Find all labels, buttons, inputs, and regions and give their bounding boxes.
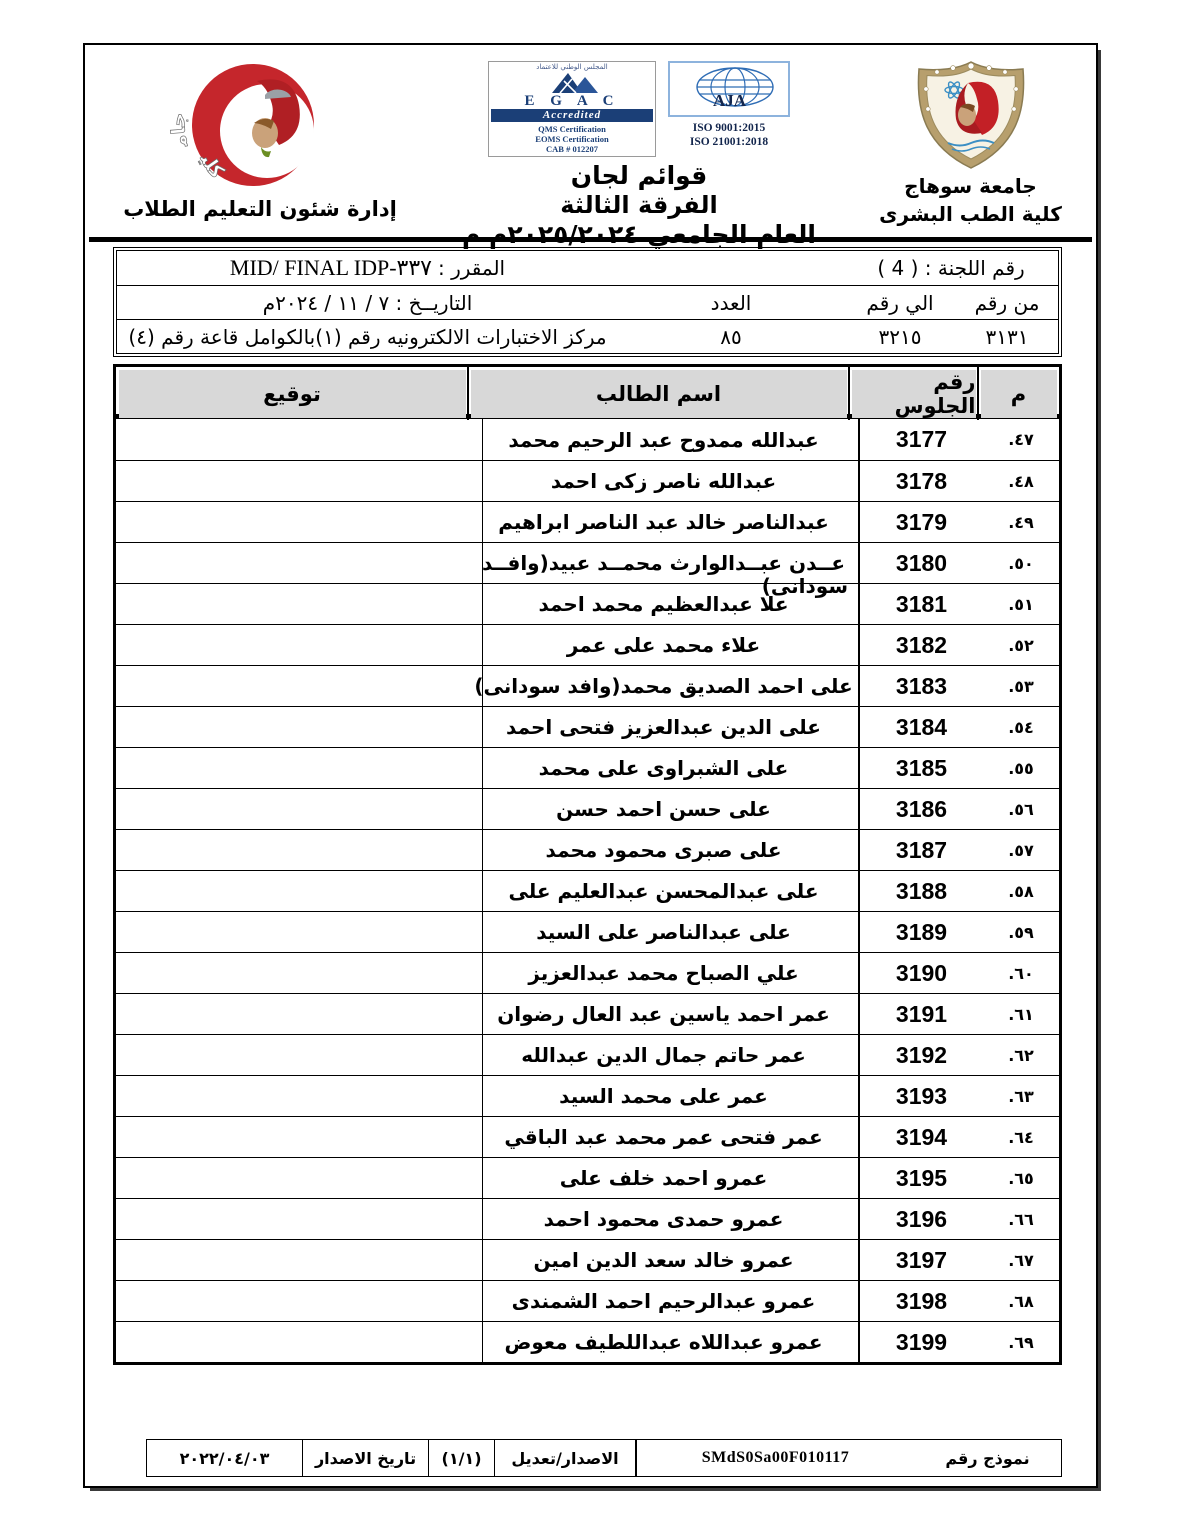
title-academic-year: العام الجامعي ٢٠٢٥/٢٠٢٤م م: [462, 220, 816, 250]
aja-logo: AJA ISO 9001:2015 ISO 21001:2018: [668, 61, 790, 149]
student-name: عمرو حمدى محمود احمد: [483, 1199, 859, 1239]
row-index: ٦٤.: [983, 1117, 1059, 1157]
page-header: جامعة سوهاج كلية الطب البشرى المجلس الوط…: [85, 57, 1096, 235]
student-name: على عبدالمحسن عبدالعليم على: [483, 871, 859, 911]
signature-cell: [116, 707, 483, 747]
table-row: ٥٣.3183على احمد الصديق محمد(وافد سودانى): [116, 665, 1059, 706]
row-index: ٥٥.: [983, 748, 1059, 788]
table-row: ٥٨.3188على عبدالمحسن عبدالعليم على: [116, 870, 1059, 911]
table-row: ٦١.3191عمر احمد ياسين عبد العال رضوان: [116, 993, 1059, 1034]
row-index: ٤٧.: [983, 419, 1059, 460]
accreditation-badges: المجلس الوطني للاعتماد E G A C Accredite…: [488, 61, 790, 157]
egac-logo: المجلس الوطني للاعتماد E G A C Accredite…: [488, 61, 656, 157]
seat-number: 3192: [859, 1035, 983, 1075]
student-name: عمر حاتم جمال الدين عبدالله: [483, 1035, 859, 1075]
student-name: على الدين عبدالعزيز فتحى احمد: [483, 707, 859, 747]
seat-number: 3197: [859, 1240, 983, 1280]
aja-name: AJA: [713, 91, 747, 110]
row-index: ٦٢.: [983, 1035, 1059, 1075]
seat-number: 3179: [859, 502, 983, 542]
signature-cell: [116, 584, 483, 624]
row-index: ٦٠.: [983, 953, 1059, 993]
table-row: ٦٣.3193عمر على محمد السيد: [116, 1075, 1059, 1116]
aja-iso-text: ISO 9001:2015 ISO 21001:2018: [690, 121, 768, 149]
university-shield-logo: [910, 59, 1032, 171]
row-index: ٥٢.: [983, 625, 1059, 665]
seat-number: 3191: [859, 994, 983, 1034]
signature-cell: [116, 1199, 483, 1239]
seat-number: 3194: [859, 1117, 983, 1157]
from-value: ٣١٣١: [956, 319, 1058, 353]
row-index: ٥٩.: [983, 912, 1059, 952]
seat-number: 3183: [859, 666, 983, 706]
signature-cell: [116, 994, 483, 1034]
table-row: ٦٢.3192عمر حاتم جمال الدين عبدالله: [116, 1034, 1059, 1075]
header-name: اسم الطالب: [471, 370, 847, 418]
signature-cell: [116, 1240, 483, 1280]
issue-label: الاصدار/تعديل: [495, 1440, 636, 1476]
table-header-row: م رقم الجلوس اسم الطالب توقيع: [116, 367, 1059, 419]
to-label: الي رقم: [844, 285, 956, 319]
table-row: ٦٥.3195عمرو احمد خلف على: [116, 1157, 1059, 1198]
row-index: ٦٩.: [983, 1322, 1059, 1362]
signature-cell: [116, 912, 483, 952]
students-table: م رقم الجلوس اسم الطالب توقيع ٤٧.3177عبد…: [113, 364, 1062, 1365]
seat-number: 3181: [859, 584, 983, 624]
table-row: ٥٩.3189على عبدالناصر على السيد: [116, 911, 1059, 952]
seat-number: 3193: [859, 1076, 983, 1116]
title-block: المجلس الوطني للاعتماد E G A C Accredite…: [425, 59, 853, 250]
row-index: ٥٤.: [983, 707, 1059, 747]
seat-number: 3198: [859, 1281, 983, 1321]
signature-cell: [116, 419, 483, 460]
seat-number: 3178: [859, 461, 983, 501]
table-row: ٥٤.3184على الدين عبدالعزيز فتحى احمد: [116, 706, 1059, 747]
department-name: إدارة شئون التعليم الطلاب: [123, 197, 397, 221]
signature-cell: [116, 830, 483, 870]
department-block: جامعة سوهاج كلية الطب إدارة شئون التعليم…: [95, 59, 425, 250]
header-seat: رقم الجلوس: [852, 370, 976, 418]
seat-number: 3186: [859, 789, 983, 829]
form-number-label: نموذج رقم: [914, 1440, 1061, 1476]
student-name: عمر احمد ياسين عبد العال رضوان: [483, 994, 859, 1034]
student-rows: ٤٧.3177عبدالله ممدوح عبد الرحيم محمد٤٨.3…: [116, 419, 1059, 1362]
egac-name: E G A C: [491, 94, 653, 109]
student-name: عمرو احمد خلف على: [483, 1158, 859, 1198]
row-index: ٦٣.: [983, 1076, 1059, 1116]
table-row: ٦٤.3194عمر فتحى عمر محمد عبد الباقي: [116, 1116, 1059, 1157]
course-label: المقرر :: [438, 256, 505, 280]
student-name: عبدالله ناصر زكى احمد: [483, 461, 859, 501]
title-committees: قوائم لجان: [462, 161, 816, 191]
seat-number: 3189: [859, 912, 983, 952]
committee-info-table: رقم اللجنة : ( 4 ) المقرر : MID/ FINAL I…: [113, 247, 1062, 357]
table-row: ٦٦.3196عمرو حمدى محمود احمد: [116, 1198, 1059, 1239]
seat-number: 3195: [859, 1158, 983, 1198]
signature-cell: [116, 666, 483, 706]
table-row: ٦٠.3190علي الصباح محمد عبدالعزيز: [116, 952, 1059, 993]
table-row: ٤٧.3177عبدالله ممدوح عبد الرحيم محمد: [116, 419, 1059, 460]
count-label: العدد: [618, 285, 844, 319]
seat-number: 3190: [859, 953, 983, 993]
row-index: ٤٩.: [983, 502, 1059, 542]
seat-number: 3180: [859, 543, 983, 583]
page-frame: جامعة سوهاج كلية الطب البشرى المجلس الوط…: [83, 43, 1098, 1488]
student-name: عمرو عبدالرحيم احمد الشمندى: [483, 1281, 859, 1321]
egac-accredited-band: Accredited: [491, 109, 653, 122]
row-index: ٥٦.: [983, 789, 1059, 829]
student-name: على احمد الصديق محمد(وافد سودانى): [483, 666, 859, 706]
seat-number: 3184: [859, 707, 983, 747]
issue-value: (١/١): [429, 1440, 495, 1476]
table-row: ٥٠.3180عــدن عبــدالوارث محمــد عبيد(واف…: [116, 542, 1059, 583]
signature-cell: [116, 789, 483, 829]
seat-number: 3182: [859, 625, 983, 665]
table-row: ٦٩.3199عمرو عبداللاه عبداللطيف معوض: [116, 1321, 1059, 1362]
signature-cell: [116, 953, 483, 993]
faculty-name: كلية الطب البشرى: [879, 201, 1062, 227]
student-name: عمرو عبداللاه عبداللطيف معوض: [483, 1322, 859, 1362]
table-row: ٤٩.3179عبدالناصر خالد عبد الناصر ابراهيم: [116, 501, 1059, 542]
form-number-value: SMdS0Sa00F010117: [636, 1440, 914, 1476]
course-code: MID/ FINAL IDP-٣٣٧: [230, 255, 432, 281]
student-name: عمر فتحى عمر محمد عبد الباقي: [483, 1117, 859, 1157]
signature-cell: [116, 1281, 483, 1321]
signature-cell: [116, 625, 483, 665]
table-row: ٤٨.3178عبدالله ناصر زكى احمد: [116, 460, 1059, 501]
student-name: عبدالله ممدوح عبد الرحيم محمد: [483, 419, 859, 460]
student-name: على عبدالناصر على السيد: [483, 912, 859, 952]
issue-date-label: تاريخ الاصدار: [303, 1440, 429, 1476]
signature-cell: [116, 543, 483, 583]
empty-cell: [618, 251, 844, 285]
row-index: ٦٧.: [983, 1240, 1059, 1280]
row-index: ٦٨.: [983, 1281, 1059, 1321]
document-titles: قوائم لجان الفرقة الثالثة العام الجامعي …: [462, 161, 816, 250]
signature-cell: [116, 1322, 483, 1362]
student-name: على الشبراوى على محمد: [483, 748, 859, 788]
exam-date: التاريــخ : ٧ / ١١ / ٢٠٢٤م: [117, 285, 618, 319]
seat-number: 3187: [859, 830, 983, 870]
svg-text:جامعة سوهاج: جامعة سوهاج: [161, 59, 193, 150]
title-grade: الفرقة الثالثة: [462, 191, 816, 220]
aja-globe-icon: AJA: [675, 66, 783, 112]
committee-number: رقم اللجنة : ( 4 ): [844, 251, 1058, 285]
issue-date-value: ٢٠٢٢/٠٤/٠٣: [147, 1440, 303, 1476]
exam-location: مركز الاختبارات الالكترونيه رقم (١)بالكو…: [117, 319, 618, 353]
crescent-top-text: جامعة سوهاج: [161, 59, 193, 150]
signature-cell: [116, 871, 483, 911]
university-name: جامعة سوهاج: [904, 173, 1037, 199]
student-name: عمرو خالد سعد الدين امين: [483, 1240, 859, 1280]
row-index: ٦٥.: [983, 1158, 1059, 1198]
row-index: ٦١.: [983, 994, 1059, 1034]
seat-number: 3185: [859, 748, 983, 788]
to-value: ٣٢١٥: [844, 319, 956, 353]
row-index: ٤٨.: [983, 461, 1059, 501]
signature-cell: [116, 1076, 483, 1116]
header-num: م: [981, 370, 1057, 418]
student-name: علي الصباح محمد عبدالعزيز: [483, 953, 859, 993]
table-row: ٥١.3181علا عبدالعظيم محمد احمد: [116, 583, 1059, 624]
egac-arc-text: المجلس الوطني للاعتماد: [491, 63, 653, 71]
header-signature: توقيع: [119, 370, 466, 418]
faculty-crescent-logo: جامعة سوهاج كلية الطب: [161, 59, 359, 189]
student-name: على صبرى محمود محمد: [483, 830, 859, 870]
student-name: عــدن عبــدالوارث محمــد عبيد(وافــدسودا…: [483, 543, 859, 583]
table-row: ٥٦.3186على حسن احمد حسن: [116, 788, 1059, 829]
university-block: جامعة سوهاج كلية الطب البشرى: [853, 59, 1088, 250]
signature-cell: [116, 748, 483, 788]
row-index: ٥٨.: [983, 871, 1059, 911]
seat-number: 3196: [859, 1199, 983, 1239]
signature-cell: [116, 502, 483, 542]
student-name: علاء محمد على عمر: [483, 625, 859, 665]
from-label: من رقم: [956, 285, 1058, 319]
row-index: ٥٣.: [983, 666, 1059, 706]
student-name: عمر على محمد السيد: [483, 1076, 859, 1116]
row-index: ٦٦.: [983, 1199, 1059, 1239]
table-row: ٦٨.3198عمرو عبدالرحيم احمد الشمندى: [116, 1280, 1059, 1321]
seat-number: 3199: [859, 1322, 983, 1362]
form-footer-table: نموذج رقم SMdS0Sa00F010117 الاصدار/تعديل…: [146, 1439, 1062, 1477]
signature-cell: [116, 1158, 483, 1198]
aja-globe-box: AJA: [668, 61, 790, 117]
row-index: ٥٧.: [983, 830, 1059, 870]
signature-cell: [116, 461, 483, 501]
signature-cell: [116, 1035, 483, 1075]
count-value: ٨٥: [618, 319, 844, 353]
table-row: ٥٧.3187على صبرى محمود محمد: [116, 829, 1059, 870]
table-row: ٦٧.3197عمرو خالد سعد الدين امين: [116, 1239, 1059, 1280]
table-row: ٥٥.3185على الشبراوى على محمد: [116, 747, 1059, 788]
seat-number: 3177: [859, 419, 983, 460]
row-index: ٥١.: [983, 584, 1059, 624]
signature-cell: [116, 1117, 483, 1157]
seat-number: 3188: [859, 871, 983, 911]
course-cell: المقرر : MID/ FINAL IDP-٣٣٧: [117, 251, 618, 285]
document-page: { "header": { "right_org": {"line1": "جا…: [0, 0, 1187, 1536]
egac-mountains-icon: [542, 71, 602, 93]
student-name: علا عبدالعظيم محمد احمد: [483, 584, 859, 624]
student-name: على حسن احمد حسن: [483, 789, 859, 829]
egac-cert-lines: QMS Certification EOMS Certification CAB…: [491, 124, 653, 154]
row-index: ٥٠.: [983, 543, 1059, 583]
table-row: ٥٢.3182علاء محمد على عمر: [116, 624, 1059, 665]
student-name: عبدالناصر خالد عبد الناصر ابراهيم: [483, 502, 859, 542]
